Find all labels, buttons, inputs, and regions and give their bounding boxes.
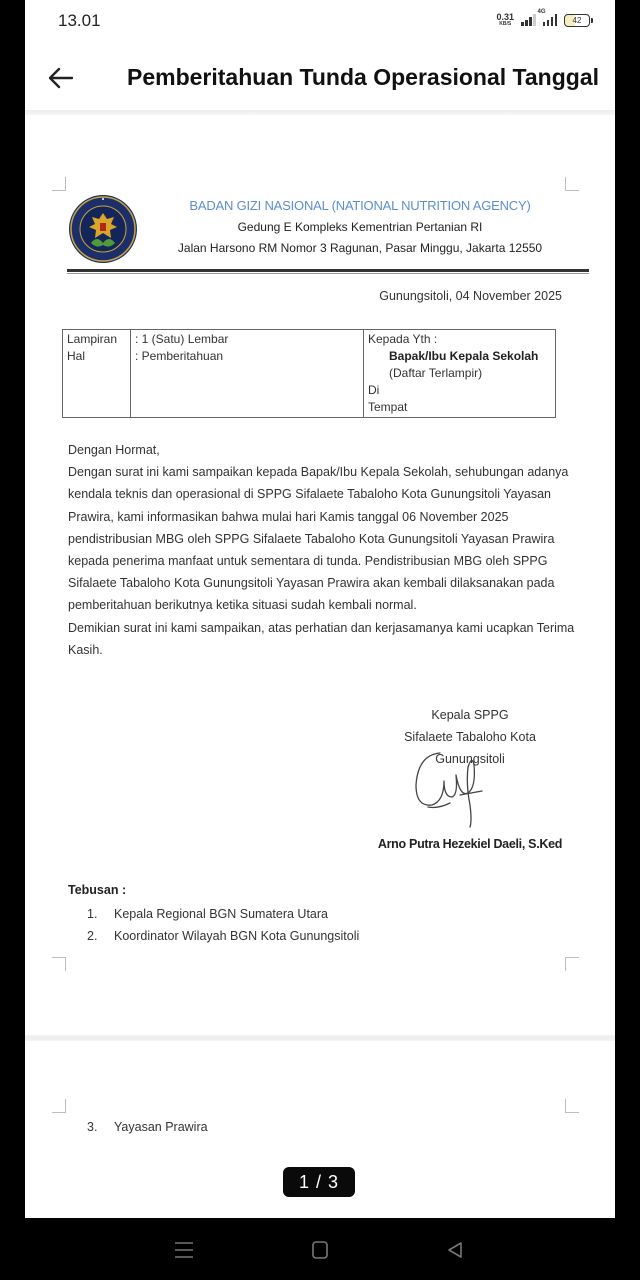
place-date: Gunungsitoli, 04 November 2025	[379, 289, 562, 303]
agency-name: BADAN GIZI NASIONAL (NATIONAL NUTRITION …	[140, 198, 580, 213]
cc-item: 3.Yayasan Prawira	[87, 1120, 208, 1134]
letter-meta-table: Lampiran Hal : 1 (Satu) Lembar : Pemberi…	[62, 329, 556, 418]
back-button[interactable]	[45, 62, 77, 94]
page-corner-mark	[565, 177, 579, 191]
hal-label: Hal	[67, 348, 126, 365]
document-page-1[interactable]: BADAN GIZI NASIONAL (NATIONAL NUTRITION …	[25, 115, 615, 1040]
letterhead: BADAN GIZI NASIONAL (NATIONAL NUTRITION …	[140, 198, 580, 255]
greeting: Dengan Hormat,	[68, 439, 588, 461]
sign-position-1: Kepala SPPG	[380, 704, 560, 726]
meta-labels: Lampiran Hal	[63, 330, 131, 418]
recipient-note: (Daftar Terlampir)	[368, 365, 551, 382]
letterhead-rule	[67, 269, 589, 272]
system-nav-bar	[0, 1218, 640, 1280]
cc-list-continued: 3.Yayasan Prawira	[87, 1120, 208, 1134]
page-corner-mark	[565, 1099, 579, 1113]
recent-apps-button[interactable]	[169, 1236, 199, 1264]
cellular-signal-icon: 4G	[543, 14, 558, 26]
paragraph-1: Dengan surat ini kami sampaikan kepada B…	[68, 461, 588, 616]
signer-name: Arno Putra Hezekiel Daeli, S.Ked	[365, 837, 575, 851]
page-corner-mark	[565, 957, 579, 971]
page-corner-mark	[52, 957, 66, 971]
home-button[interactable]	[305, 1236, 335, 1264]
cc-list: 1.Kepala Regional BGN Sumatera Utara 2.K…	[87, 903, 359, 947]
document-title: Pemberitahuan Tunda Operasional Tanggal	[127, 64, 615, 91]
agency-address: Jalan Harsono RM Nomor 3 Ragunan, Pasar …	[140, 241, 580, 255]
paragraph-2: Demikian surat ini kami sampaikan, atas …	[68, 617, 588, 661]
recipient-di: Di	[368, 382, 551, 399]
cc-title: Tebusan :	[68, 883, 126, 897]
cc-item: 1.Kepala Regional BGN Sumatera Utara	[87, 903, 359, 925]
agency-building: Gedung E Kompleks Kementrian Pertanian R…	[140, 220, 580, 234]
menu-lines-icon	[174, 1240, 194, 1260]
recipient-label: Kepada Yth :	[368, 331, 551, 348]
network-speed-unit: KB/S	[499, 22, 511, 27]
handwritten-signature-icon	[410, 745, 500, 830]
battery-icon: 42	[564, 14, 590, 27]
home-square-icon	[310, 1240, 330, 1260]
hal-value: : Pemberitahuan	[135, 348, 359, 365]
page-corner-mark	[52, 177, 66, 191]
status-time: 13.01	[58, 11, 101, 31]
status-bar: 13.01 0.31 KB/S 4G 42	[25, 0, 615, 44]
agency-logo-icon	[67, 193, 139, 265]
page-corner-mark	[52, 1099, 66, 1113]
recipient-block: Kepada Yth : Bapak/Ibu Kepala Sekolah (D…	[364, 330, 556, 418]
recipient-name: Bapak/Ibu Kepala Sekolah	[368, 348, 551, 365]
status-icons: 0.31 KB/S 4G 42	[496, 13, 590, 27]
lampiran-value: : 1 (Satu) Lembar	[135, 331, 359, 348]
network-speed: 0.31 KB/S	[496, 13, 514, 27]
screen: 13.01 0.31 KB/S 4G 42 Pemberitahuan T	[25, 0, 615, 1218]
recipient-tempat: Tempat	[368, 399, 551, 416]
system-back-button[interactable]	[440, 1236, 470, 1264]
wifi-signal-icon	[521, 14, 536, 26]
cc-item: 2.Koordinator Wilayah BGN Kota Gunungsit…	[87, 925, 359, 947]
page-indicator: 1 / 3	[283, 1167, 355, 1197]
lampiran-label: Lampiran	[67, 331, 126, 348]
app-bar: Pemberitahuan Tunda Operasional Tanggal	[25, 44, 615, 110]
letter-body: Dengan Hormat, Dengan surat ini kami sam…	[68, 439, 588, 661]
back-triangle-icon	[445, 1240, 465, 1260]
network-type-label: 4G	[538, 9, 546, 15]
battery-level: 42	[573, 16, 582, 25]
meta-values: : 1 (Satu) Lembar : Pemberitahuan	[131, 330, 364, 418]
letterhead-rule-thin	[67, 273, 589, 274]
arrow-left-icon	[48, 67, 74, 89]
